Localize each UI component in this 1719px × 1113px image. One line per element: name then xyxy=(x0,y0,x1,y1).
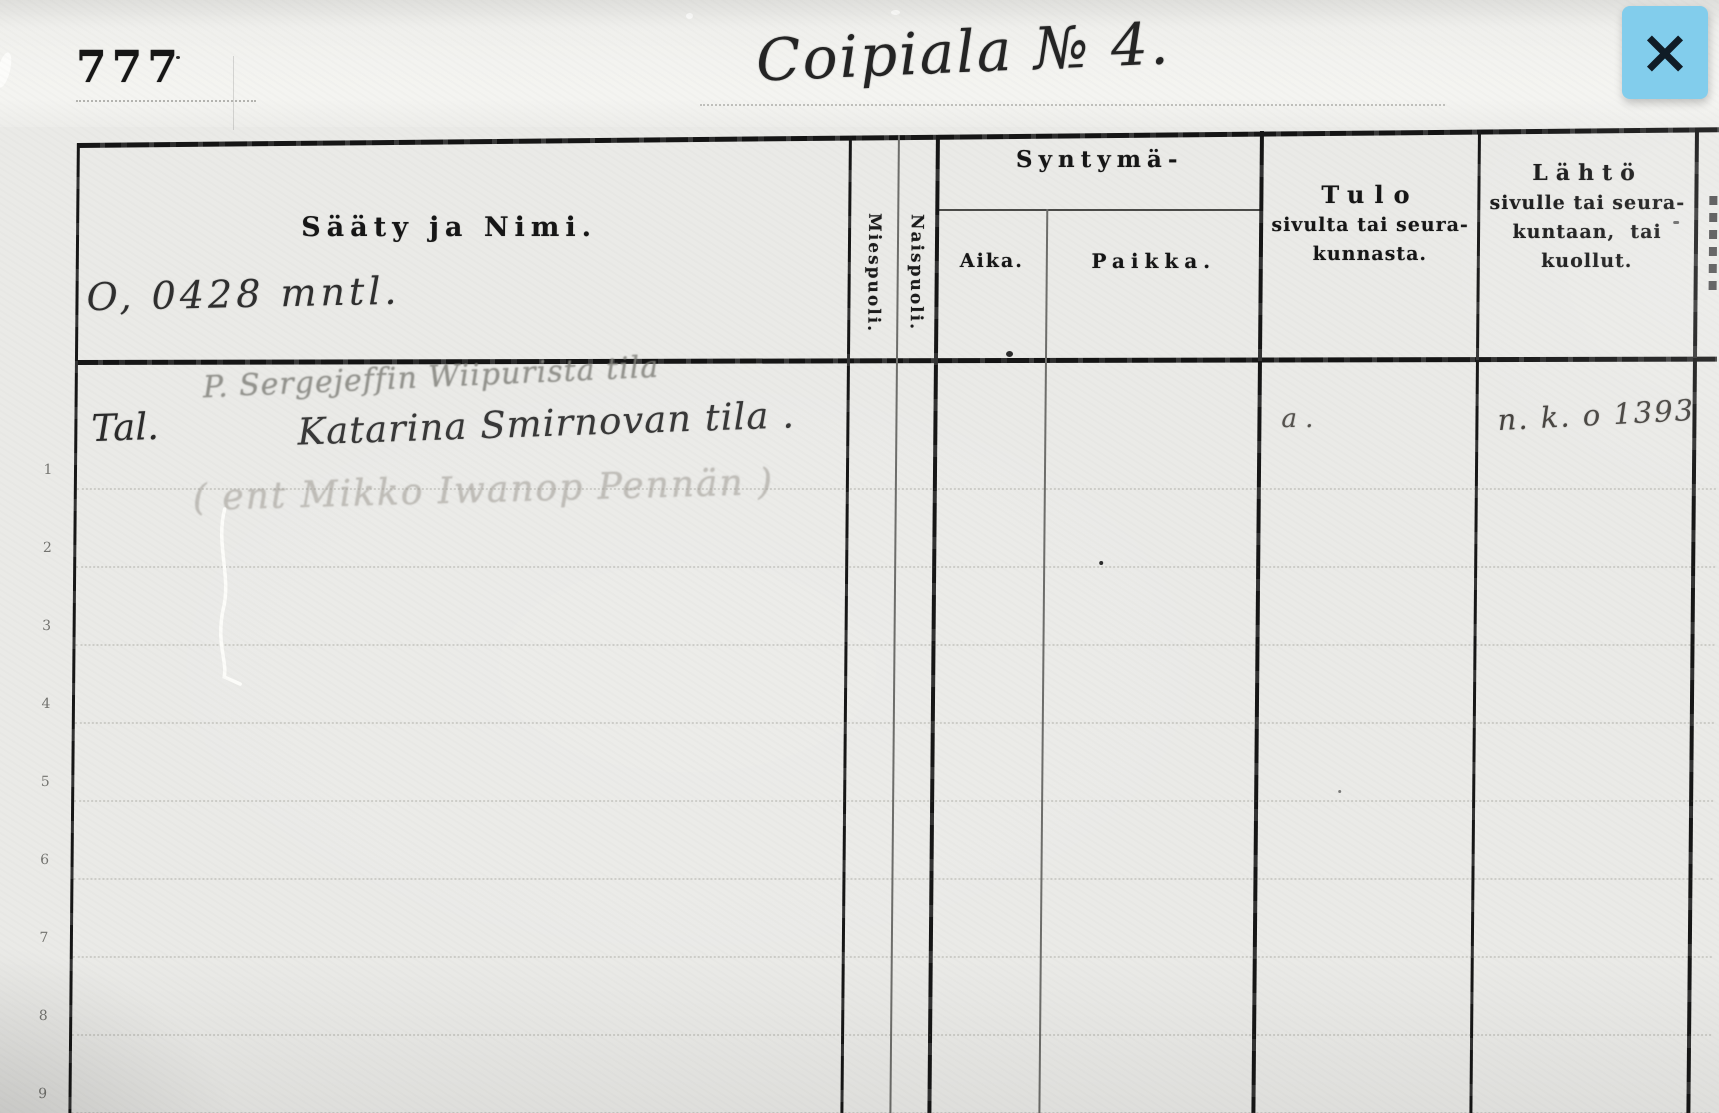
row-number: 4 xyxy=(35,696,57,712)
close-icon xyxy=(1642,30,1688,76)
row-guide-line xyxy=(74,800,1713,802)
birth-subheader-line xyxy=(937,209,1262,211)
row-number: 8 xyxy=(32,1008,54,1024)
row-guide-line xyxy=(75,722,1714,724)
name-column-label: Sääty ja Nimi. xyxy=(119,212,779,243)
birth-group-label: Syntymä- xyxy=(938,146,1262,173)
row-number: 6 xyxy=(34,852,56,868)
departure-label-line1: Lähtö xyxy=(1481,160,1693,186)
entry-pencil-note: ( ent Mikko Iwanop Pennän ) xyxy=(192,462,774,519)
paper-scratch xyxy=(208,503,262,703)
entry-arrival: a . xyxy=(1281,404,1313,434)
row-guide-line xyxy=(76,566,1715,568)
arrival-departure-divider xyxy=(1469,130,1481,1113)
departure-label-line3: kuntaan, tai xyxy=(1481,221,1693,243)
male-column-label: Miespuoli. xyxy=(850,188,897,358)
record-viewer: 777 Coipiala № 4. Sääty ja Nimi. Miespuo… xyxy=(0,0,1719,1113)
row-guide-line xyxy=(75,644,1714,646)
ink-speck xyxy=(1099,561,1103,565)
entry-note-above: P. Sergejeffin Wiipurista tila xyxy=(202,350,659,406)
row-guide-line xyxy=(72,1034,1711,1036)
row-guide-line xyxy=(73,956,1712,958)
cropped-edge-column-text xyxy=(1709,196,1718,298)
arrival-column-left-border xyxy=(1251,131,1264,1113)
arrival-label-line1: Tulo xyxy=(1263,180,1477,209)
birth-time-label: Aika. xyxy=(937,250,1047,272)
departure-label-line2: sivulle tai seura- xyxy=(1481,192,1693,214)
close-button[interactable] xyxy=(1622,6,1708,99)
departure-label-line4: kuollut. xyxy=(1481,250,1693,272)
table-left-border xyxy=(68,143,79,1113)
row-number: 7 xyxy=(33,930,55,946)
female-column-label: Naispuoli. xyxy=(896,188,936,358)
departure-column-right-border xyxy=(1686,128,1699,1113)
row-number: 9 xyxy=(32,1086,54,1102)
row-number: 1 xyxy=(37,462,59,478)
mantal-note: O, 0428 mntl. xyxy=(86,269,400,320)
ledger-table: Sääty ja Nimi. Miespuoli. Naispuoli. Syn… xyxy=(0,0,1719,1113)
entry-name: Katarina Smirnovan tila . xyxy=(297,393,796,453)
row-number: 3 xyxy=(36,618,58,634)
entry-status: Tal. xyxy=(91,405,160,450)
arrival-label-line3: kunnasta. xyxy=(1263,243,1477,265)
ink-speck xyxy=(1338,790,1341,793)
row-guide-line xyxy=(73,878,1712,880)
birth-time-place-divider xyxy=(1038,209,1048,1113)
entry-departure: n. k. o 1393 xyxy=(1497,393,1696,437)
arrival-label-line2: sivulta tai seura- xyxy=(1263,214,1477,236)
row-number: 2 xyxy=(36,540,58,556)
row-number: 5 xyxy=(34,774,56,790)
birth-place-label: Paikka. xyxy=(1047,249,1261,273)
ink-speck xyxy=(1673,221,1679,224)
ink-speck xyxy=(1006,351,1013,357)
